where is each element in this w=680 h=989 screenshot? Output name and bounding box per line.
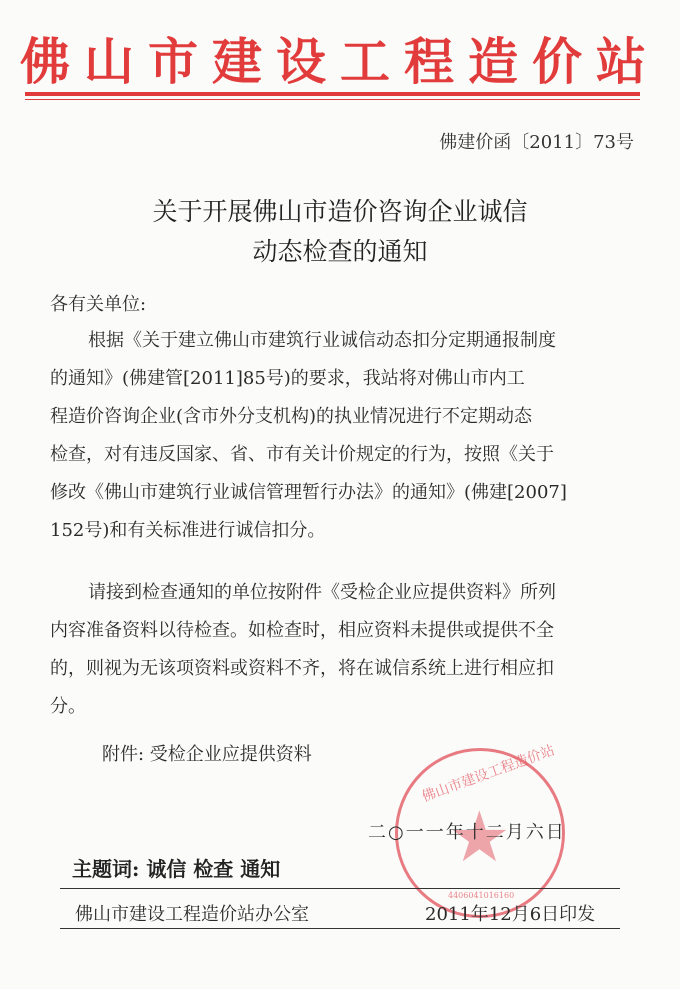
paragraph-line: 修改《佛山市建筑行业诚信管理暂行办法》的通知》(佛建[2007] bbox=[50, 474, 640, 512]
paragraph-line: 检查，对有违反国家、省、市有关计价规定的行为，按照《关于 bbox=[50, 436, 640, 474]
document-title-line1: 关于开展佛山市造价咨询企业诚信 bbox=[0, 192, 680, 228]
subject-keywords: 主题词: 诚信 检查 通知 bbox=[72, 853, 280, 882]
footer-issue-date: 2011年12月6日印发 bbox=[425, 900, 595, 926]
letterhead-rule-thin bbox=[25, 99, 640, 100]
seal-code: 4406041016160 bbox=[448, 891, 514, 900]
footer-rule-bottom bbox=[60, 928, 620, 929]
paragraph-line: 根据《关于建立佛山市建筑行业诚信动态扣分定期通报制度 bbox=[50, 322, 640, 360]
paragraph-line: 分。 bbox=[50, 688, 640, 726]
paragraph-line: 内容准备资料以待检查。如检查时，相应资料未提供或提供不全 bbox=[50, 612, 640, 650]
paragraph-line: 请接到检查通知的单位按附件《受检企业应提供资料》所列 bbox=[50, 574, 640, 612]
document-number: 佛建价函〔2011〕73号 bbox=[439, 128, 634, 154]
letterhead-rule-thick bbox=[25, 92, 640, 96]
salutation: 各有关单位: bbox=[50, 290, 146, 316]
footer-issuer: 佛山市建设工程造价站办公室 bbox=[75, 900, 309, 926]
footer-rule-top bbox=[60, 888, 620, 889]
paragraph-line: 的通知》(佛建管[2011]85号)的要求，我站将对佛山市内工 bbox=[50, 360, 640, 398]
paragraph-line: 程造价咨询企业(含市外分支机构)的执业情况进行不定期动态 bbox=[50, 398, 640, 436]
attachment-note: 附件: 受检企业应提供资料 bbox=[102, 740, 312, 766]
body-paragraph-1: 根据《关于建立佛山市建筑行业诚信动态扣分定期通报制度 的通知》(佛建管[2011… bbox=[50, 322, 640, 550]
paragraph-line: 的，则视为无该项资料或资料不齐，将在诚信系统上进行相应扣 bbox=[50, 650, 640, 688]
signing-date: 二○一一年十二月六日 bbox=[368, 818, 566, 844]
document-title-line2: 动态检查的通知 bbox=[0, 232, 680, 268]
letterhead-title: 佛山市建设工程造价站 bbox=[0, 22, 680, 94]
paragraph-line: 152号)和有关标准进行诚信扣分。 bbox=[50, 512, 640, 550]
body-paragraph-2: 请接到检查通知的单位按附件《受检企业应提供资料》所列 内容准备资料以待检查。如检… bbox=[50, 574, 640, 726]
